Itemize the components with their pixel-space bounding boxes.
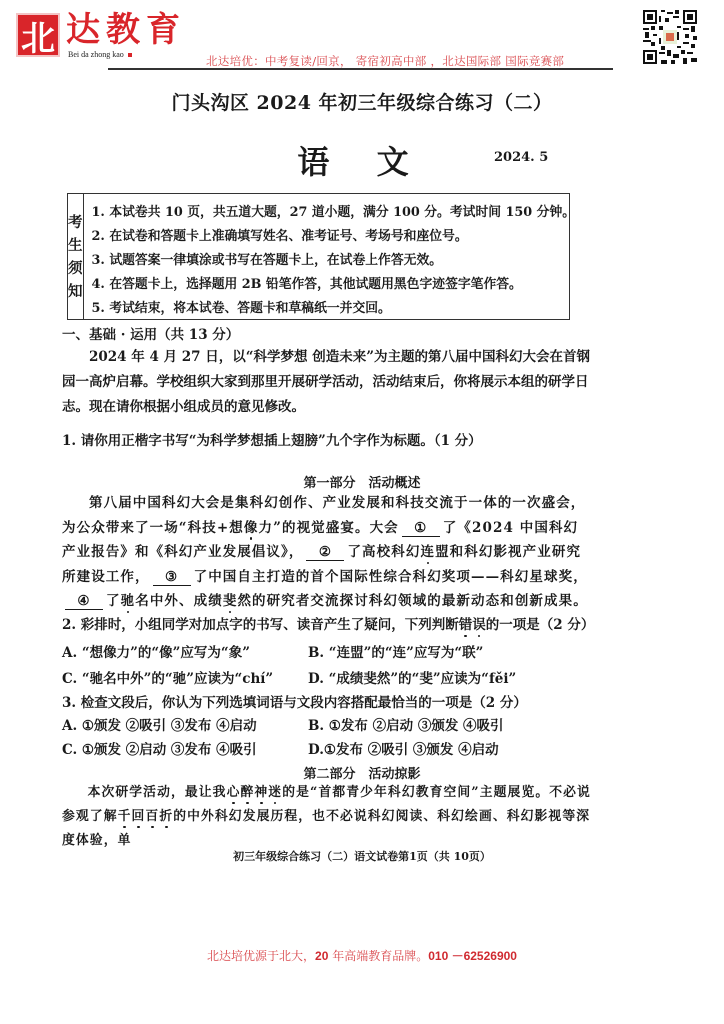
question-2-options-row: A. “想像力”的“像”应写为“象” B. “连盟”的“连”应写为“联” — [62, 641, 483, 661]
red-square-icon — [128, 53, 132, 57]
option-c: C. “驰名中外”的“驰”应读为“chí” — [62, 667, 308, 687]
dotted-char: 连 — [420, 544, 435, 560]
dotted-char: 误 — [472, 617, 486, 633]
part1-paragraph: 第八届中国科幻大会是集科幻创作、产业发展和科技交流于一体的一次盛会，为公众带来了… — [62, 491, 592, 614]
dotted-char: 回 — [132, 809, 146, 824]
dotted-char: 斐 — [223, 593, 238, 609]
exam-title: 门头沟区 2024 年初三年级综合练习（二） — [0, 88, 724, 115]
brand-logo-subtitle: Bei da zhong kao — [68, 50, 132, 59]
option-b: B. ①发布 ②启动 ③颁发 ④吸引 — [308, 714, 504, 734]
text-run: 北达培优源于北大， — [207, 949, 315, 963]
option-c: C. ①颁发 ②启动 ③发布 ④吸引 — [62, 738, 308, 758]
blank-4: ④ — [65, 593, 103, 610]
header-promo-text: 北达培优：中考复读/回京， 寄宿初高中部 ，北达国际部 国际竞赛部 — [206, 53, 564, 69]
dotted-char: 千 — [118, 809, 132, 824]
part1-title: 第一部分 活动概述 — [0, 472, 724, 491]
dotted-char: 醉 — [240, 785, 254, 800]
dotted-char: 像 — [244, 520, 259, 536]
option-d: D. “成绩斐然”的“斐”应读为“fěi” — [308, 667, 516, 687]
question-3-options-row: C. ①颁发 ②启动 ③发布 ④吸引 D.①发布 ②吸引 ③颁发 ④启动 — [62, 738, 499, 758]
blank-1: ① — [402, 520, 440, 537]
section-heading: 一、基础 · 运用（共 13 分） — [62, 323, 239, 343]
dotted-char: 心 — [227, 785, 241, 800]
text-run: 年高端教育品牌。 — [328, 949, 428, 963]
notice-items: 1. 本试卷共 10 页，共五道大题，27 道小题，满分 100 分。考试时间 … — [84, 194, 576, 319]
blank-2: ② — [306, 544, 344, 561]
question-2-stem: 2. 彩排时，小组同学对加点字的书写、读音产生了疑问，下列判断错误的一项是（2 … — [62, 613, 594, 633]
logo-subtitle-text: Bei da zhong kao — [68, 50, 124, 59]
option-b: B. “连盟”的“连”应写为“联” — [308, 641, 483, 661]
brand-logo-mark: 北 — [16, 13, 60, 57]
footer-promo: 北达培优源于北大，20 年高端教育品牌。010 －62526900 — [0, 947, 724, 964]
text-run: 了高校科幻 — [347, 544, 420, 560]
intro-paragraph: 2024 年 4 月 27 日，以“科学梦想 创造未来”为主题的第八届中国科幻大… — [62, 345, 592, 420]
text-run: 本次研学活动，最让我 — [88, 785, 227, 800]
phone-number: 010 －62526900 — [428, 949, 517, 963]
notice-item: 4. 在答题卡上，选择题用 2B 铅笔作答，其他试题用黑色字迹签字笔作答。 — [92, 273, 576, 297]
text-run: 的一项是（2 分） — [486, 617, 595, 633]
page-footer: 初三年级综合练习（二）语文试卷第1页（共 10页） — [0, 848, 724, 864]
text-run: 力”的视觉盛宴。大会 — [259, 520, 399, 536]
dotted-char: 迷 — [268, 785, 282, 800]
dotted-char: 神 — [254, 785, 268, 800]
notice-label-char: 考 — [68, 211, 83, 234]
dotted-char: 百 — [145, 809, 159, 824]
notice-label: 考 生 须 知 — [68, 194, 84, 319]
exam-date: 2024. 5 — [494, 150, 548, 165]
option-d: D.①发布 ②吸引 ③颁发 ④启动 — [308, 738, 499, 758]
dotted-char: 折 — [159, 809, 173, 824]
text-run: 了中国自主打造的首个国际性综合科幻奖项——科幻星球奖， — [194, 569, 588, 585]
text-run: 了 — [106, 593, 121, 609]
question-3-stem: 3. 检查文段后，你认为下列选填词语与文段内容搭配最恰当的一项是（2 分） — [62, 691, 527, 711]
notice-label-char: 生 — [68, 234, 83, 257]
notice-item: 2. 在试卷和答题卡上准确填写姓名、准考证号、考场号和座位号。 — [92, 225, 576, 249]
question-3-options-row: A. ①颁发 ②吸引 ③发布 ④启动 B. ①发布 ②启动 ③颁发 ④吸引 — [62, 714, 504, 734]
qr-code-icon — [641, 8, 699, 66]
notice-label-char: 知 — [68, 280, 83, 303]
notice-item: 1. 本试卷共 10 页，共五道大题，27 道小题，满分 100 分。考试时间 … — [92, 201, 576, 225]
notice-item: 3. 试题答案一律填涂或书写在答题卡上，在试卷上作答无效。 — [92, 249, 576, 273]
brand-logo-text: 达教育 — [66, 10, 186, 50]
question-2-options-row: C. “驰名中外”的“驰”应读为“chí” D. “成绩斐然”的“斐”应读为“f… — [62, 667, 516, 687]
notice-label-char: 须 — [68, 257, 83, 280]
blank-3: ③ — [153, 569, 191, 586]
dotted-char: 驰 — [121, 593, 136, 609]
exam-notice-box: 考 生 须 知 1. 本试卷共 10 页，共五道大题，27 道小题，满分 100… — [67, 193, 570, 320]
text-run: 然的研究者交流探讨科幻领域的最新动态和创新成果。 — [237, 593, 587, 609]
option-a: A. “想像力”的“像”应写为“象” — [62, 641, 308, 661]
dotted-char: 错 — [459, 617, 473, 633]
notice-item: 5. 考试结束，将本试卷、答题卡和草稿纸一并交回。 — [92, 297, 576, 321]
part2-title: 第二部分 活动掠影 — [0, 763, 724, 782]
text-run: 20 — [315, 949, 328, 963]
text-run: 名中外、成绩 — [135, 593, 223, 609]
part2-paragraph: 本次研学活动，最让我心醉神迷的是“首都青少年科幻教育空间”主题展览。不必说参观了… — [62, 781, 592, 853]
option-a: A. ①颁发 ②吸引 ③发布 ④启动 — [62, 714, 308, 734]
question-1: 1. 请你用正楷字书写“为科学梦想插上翅膀”九个字作为标题。（1 分） — [62, 429, 482, 449]
header-divider — [108, 68, 613, 70]
text-run: 2. 彩排时，小组同学对加点字的书写、读音产生了疑问，下列判断 — [62, 617, 459, 633]
subject-title: 语 文 — [0, 137, 724, 183]
